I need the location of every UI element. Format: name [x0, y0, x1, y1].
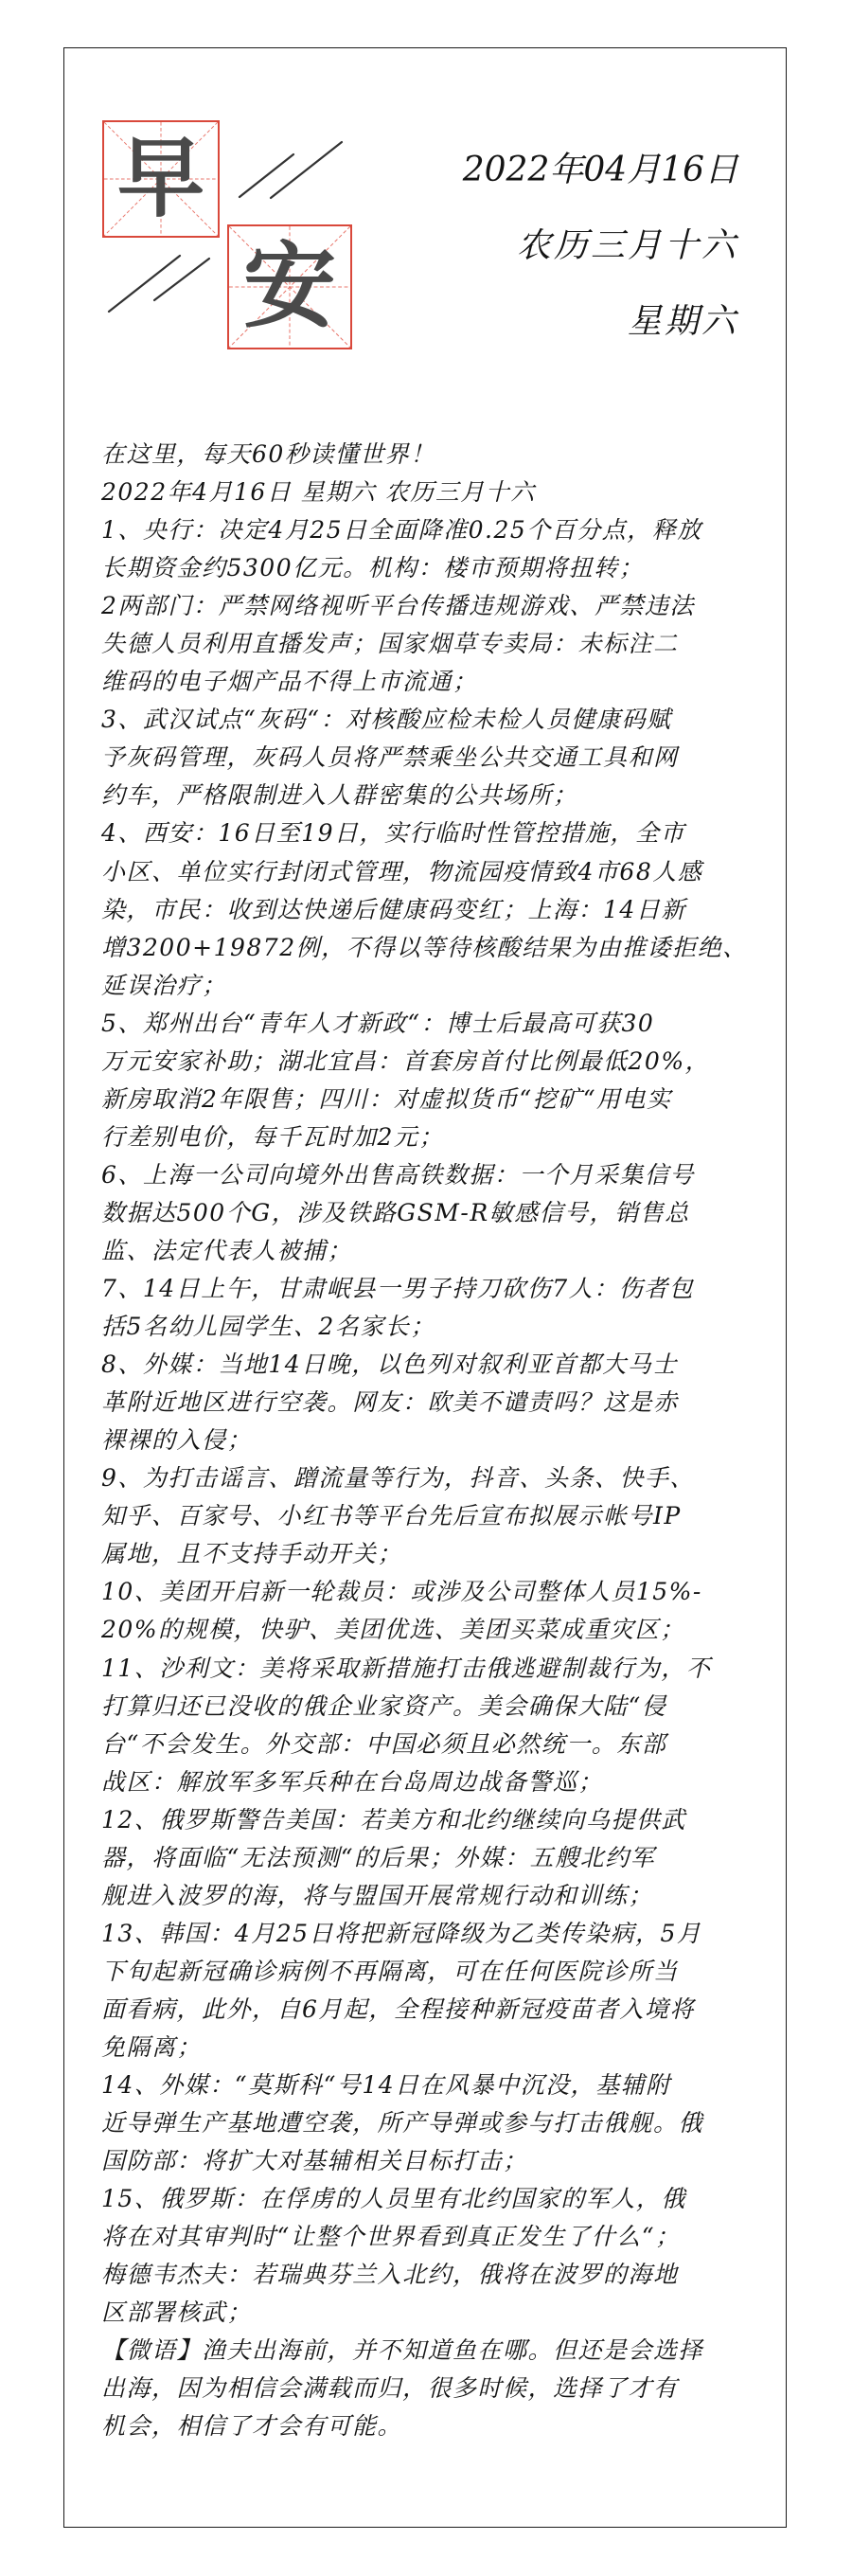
- news-text-line: 6、上海一公司向境外出售高铁数据：一个月采集信号: [101, 1156, 783, 1194]
- news-text-line: 新房取消2年限售；四川：对虚拟货币“挖矿“用电实: [101, 1081, 783, 1118]
- news-text-line: 4、西安：16日至19日，实行临时性管控措施，全市: [101, 814, 783, 852]
- news-text-line: 失德人员利用直播发声；国家烟草专卖局：未标注二: [101, 625, 783, 663]
- news-text-line: 器，将面临“无法预测“的后果；外媒：五艘北约军: [101, 1839, 783, 1877]
- news-text-line: 革附近地区进行空袭。网友：欧美不谴责吗？这是赤: [101, 1384, 783, 1422]
- greeting-char-box-an: 安: [227, 224, 352, 349]
- gregorian-date: 2022年04月16日: [463, 133, 738, 208]
- news-text-line: 在这里，每天60秒读懂世界！: [101, 436, 783, 474]
- news-text-line: 3、武汉试点“灰码“：对核酸应检未检人员健康码赋: [101, 701, 783, 739]
- news-text-line: 2两部门：严禁网络视听平台传播违规游戏、严禁违法: [101, 587, 783, 625]
- news-text-line: 9、为打击谣言、蹭流量等行为，抖音、头条、快手、: [101, 1459, 783, 1497]
- news-text-line: 长期资金约5300亿元。机构：楼市预期将扭转；: [101, 549, 783, 587]
- news-text-line: 约车，严格限制进入人群密集的公共场所；: [101, 777, 783, 814]
- news-text-line: 15、俄罗斯：在俘虏的人员里有北约国家的军人，俄: [101, 2180, 783, 2218]
- news-text-line: 免隔离；: [101, 2029, 783, 2066]
- lunar-date: 农历三月十六: [463, 208, 738, 284]
- news-text-line: 增3200+19872例，不得以等待核酸结果为由推诿拒绝、: [101, 929, 783, 967]
- greeting-char-an: 安: [229, 226, 350, 348]
- news-text-line: 监、法定代表人被捕；: [101, 1232, 783, 1270]
- news-text-line: 知乎、百家号、小红书等平台先后宣布拟展示帐号IP: [101, 1497, 783, 1535]
- greeting-char-zao: 早: [104, 122, 218, 236]
- news-text-line: 战区：解放军多军兵种在台岛周边战备警巡；: [101, 1763, 783, 1801]
- news-text-line: 下旬起新冠确诊病例不再隔离，可在任何医院诊所当: [101, 1953, 783, 1991]
- news-text-line: 延误治疗；: [101, 967, 783, 1005]
- news-text-line: 舰进入波罗的海，将与盟国开展常规行动和训练；: [101, 1877, 783, 1915]
- date-block: 2022年04月16日 农历三月十六 星期六: [463, 133, 738, 360]
- news-text-line: 【微语】渔夫出海前，并不知道鱼在哪。但还是会选择: [101, 2332, 783, 2370]
- news-text-line: 小区、单位实行封闭式管理，物流园疫情致4市68人感: [101, 853, 783, 891]
- news-text-line: 将在对其审判时“让整个世界看到真正发生了什么“；: [101, 2218, 783, 2256]
- news-text-line: 打算归还已没收的俄企业家资产。美会确保大陆“侵: [101, 1688, 783, 1726]
- news-text-line: 1、央行：决定4月25日全面降准0.25个百分点，释放: [101, 511, 783, 549]
- greeting-char-box-zao: 早: [102, 120, 220, 238]
- news-text-line: 14、外媒：“莫斯科“号14日在风暴中沉没，基辅附: [101, 2066, 783, 2104]
- news-text-line: 予灰码管理，灰码人员将严禁乘坐公共交通工具和网: [101, 739, 783, 777]
- news-text-line: 万元安家补助；湖北宜昌：首套房首付比例最低20%，: [101, 1043, 783, 1081]
- news-text-line: 近导弹生产基地遭空袭，所产导弹或参与打击俄舰。俄: [101, 2104, 783, 2142]
- news-text-line: 20%的规模，快驴、美团优选、美团买菜成重灾区；: [101, 1611, 783, 1649]
- news-text-line: 行差别电价，每千瓦时加2元；: [101, 1118, 783, 1156]
- news-text-line: 面看病，此外，自6月起，全程接种新冠疫苗者入境将: [101, 1991, 783, 2029]
- news-text-line: 出海，因为相信会满载而归，很多时候，选择了才有: [101, 2370, 783, 2407]
- news-text-line: 梅德韦杰夫：若瑞典芬兰入北约，俄将在波罗的海地: [101, 2256, 783, 2294]
- news-text-line: 属地，且不支持手动开关；: [101, 1535, 783, 1573]
- news-text-line: 裸裸的入侵；: [101, 1422, 783, 1459]
- news-text-line: 括5名幼儿园学生、2名家长；: [101, 1308, 783, 1346]
- news-text-line: 5、郑州出台“青年人才新政“：博士后最高可获30: [101, 1005, 783, 1043]
- news-text-line: 台“不会发生。外交部：中国必须且必然统一。东部: [101, 1726, 783, 1763]
- news-text-line: 12、俄罗斯警告美国：若美方和北约继续向乌提供武: [101, 1801, 783, 1839]
- news-text-line: 7、14日上午，甘肃岷县一男子持刀砍伤7人：伤者包: [101, 1270, 783, 1308]
- news-text-line: 机会，相信了才会有可能。: [101, 2407, 783, 2445]
- news-text-line: 区部署核武；: [101, 2294, 783, 2332]
- news-text-line: 13、韩国：4月25日将把新冠降级为乙类传染病，5月: [101, 1915, 783, 1953]
- news-body: 在这里，每天60秒读懂世界！2022年4月16日 星期六 农历三月十六1、央行：…: [101, 436, 783, 2445]
- news-text-line: 染，市民：收到达快递后健康码变红；上海：14日新: [101, 891, 783, 929]
- news-text-line: 维码的电子烟产品不得上市流通；: [101, 663, 783, 701]
- weekday: 星期六: [463, 284, 738, 360]
- news-text-line: 数据达500个G，涉及铁路GSM-R敏感信号，销售总: [101, 1194, 783, 1232]
- news-text-line: 国防部：将扩大对基辅相关目标打击；: [101, 2142, 783, 2180]
- news-text-line: 2022年4月16日 星期六 农历三月十六: [101, 474, 783, 511]
- news-text-line: 10、美团开启新一轮裁员：或涉及公司整体人员15%-: [101, 1573, 783, 1611]
- news-text-line: 11、沙利文：美将采取新措施打击俄逃避制裁行为，不: [101, 1650, 783, 1688]
- news-text-line: 8、外媒：当地14日晚，以色列对叙利亚首都大马士: [101, 1346, 783, 1384]
